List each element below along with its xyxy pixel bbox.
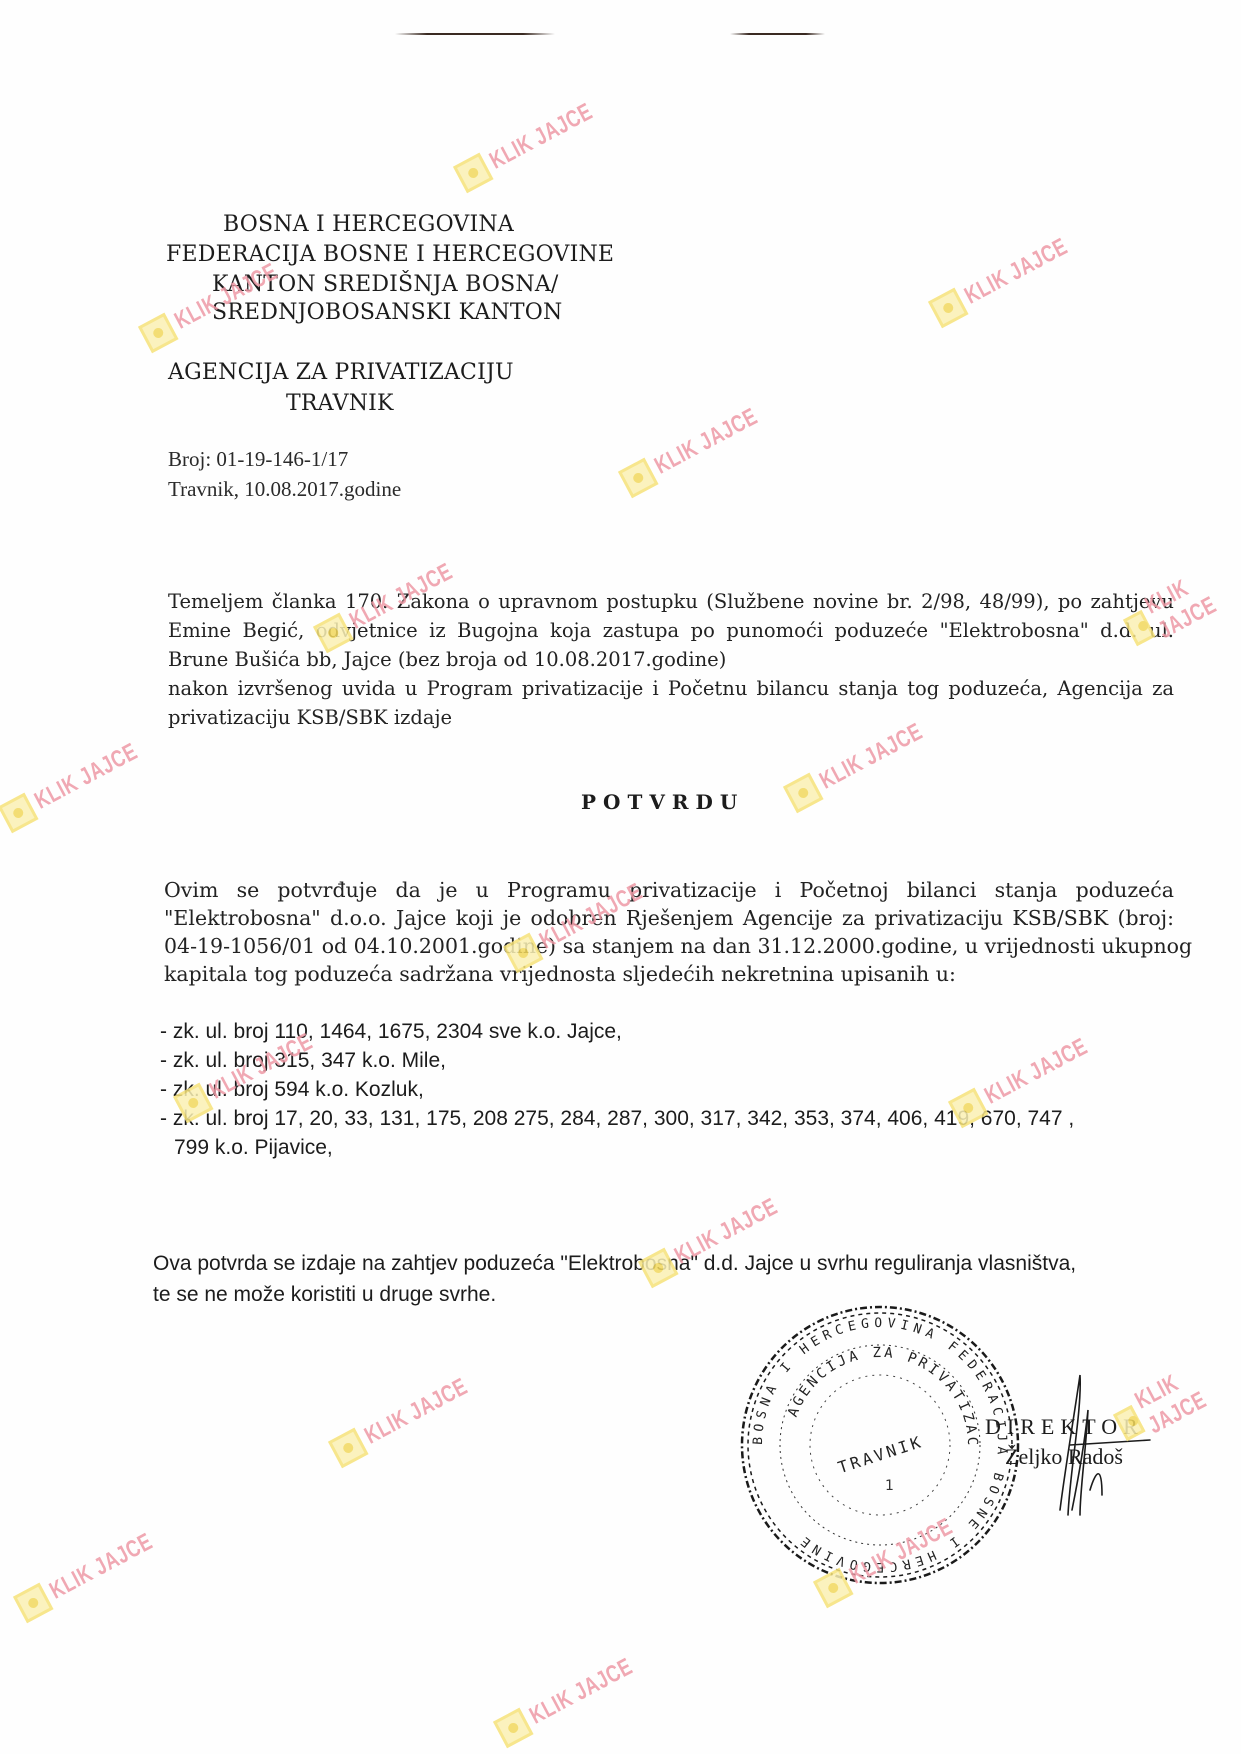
scan-artifact-line bbox=[730, 33, 825, 35]
stamp-number: 1 bbox=[885, 1478, 894, 1494]
confirmation-line: Ovim se potvrđuje da je u Programu priva… bbox=[164, 878, 1174, 902]
watermark: KLIK JAJCE bbox=[453, 79, 631, 193]
document-title: POTVRDU bbox=[581, 790, 744, 814]
camera-logo-icon bbox=[13, 1583, 54, 1624]
header-line-canton-alt: SREDNJOBOSANSKI KANTON bbox=[212, 300, 563, 325]
stamp-center-text: TRAVNIK bbox=[836, 1432, 926, 1477]
property-item: - zk. ul. broj 315, 347 k.o. Mile, bbox=[160, 1049, 1074, 1078]
camera-logo-icon bbox=[493, 1708, 534, 1749]
property-item: - zk. ul. broj 594 k.o. Kozluk, bbox=[160, 1078, 1074, 1107]
header-line-canton: KANTON SREDIŠNJA BOSNA/ bbox=[212, 272, 559, 297]
property-item-continuation: 799 k.o. Pijavice, bbox=[160, 1136, 1074, 1165]
watermark: KLIK JAJCE bbox=[493, 1634, 671, 1748]
document-place-date: Travnik, 10.08.2017.godine bbox=[168, 477, 401, 502]
camera-logo-icon bbox=[928, 288, 969, 329]
confirmation-paragraph: Ovim se potvrđuje da je u Programu priva… bbox=[164, 878, 1174, 986]
agency-name: AGENCIJA ZA PRIVATIZACIJU bbox=[168, 360, 514, 385]
property-item: - zk. ul. broj 17, 20, 33, 131, 175, 208… bbox=[160, 1107, 1074, 1136]
property-item: - zk. ul. broj 110, 1464, 1675, 2304 sve… bbox=[160, 1020, 1074, 1049]
intro-line: Emine Begić, odvjetnice iz Bugojna koja … bbox=[168, 619, 1174, 642]
closing-line: Ova potvrda se izdaje na zahtjev poduzeć… bbox=[153, 1252, 1076, 1276]
watermark: KLIK JAJCE bbox=[618, 384, 796, 498]
handwritten-signature-icon bbox=[1030, 1370, 1160, 1520]
camera-logo-icon bbox=[138, 313, 179, 354]
header-line-federation: FEDERACIJA BOSNE I HERCEGOVINE bbox=[166, 242, 614, 267]
document-page: BOSNA I HERCEGOVINA FEDERACIJA BOSNE I H… bbox=[0, 0, 1241, 1754]
scan-artifact-line bbox=[395, 33, 555, 35]
intro-line: privatizaciju KSB/SBK izdaje bbox=[168, 706, 1174, 729]
camera-logo-icon bbox=[0, 793, 39, 834]
document-number: Broj: 01-19-146-1/17 bbox=[168, 447, 348, 472]
watermark: KLIK JAJCE bbox=[0, 719, 176, 833]
confirmation-line: 04-19-1056/01 od 04.10.2001.godine) sa s… bbox=[164, 934, 1174, 958]
watermark: KLIK JAJCE bbox=[928, 214, 1106, 328]
confirmation-line: "Elektrobosna" d.o.o. Jajce koji je odob… bbox=[164, 906, 1174, 930]
confirmation-line: kapitala tog poduzeća sadržana vrijednos… bbox=[164, 962, 1174, 986]
camera-logo-icon bbox=[328, 1428, 369, 1469]
official-stamp-icon: BOSNA I HERCEGOVINA FEDERACIJA BOSNE I H… bbox=[735, 1300, 1025, 1590]
property-list: - zk. ul. broj 110, 1464, 1675, 2304 sve… bbox=[160, 1020, 1074, 1165]
camera-logo-icon bbox=[783, 773, 824, 814]
watermark: KLIK JAJCE bbox=[13, 1509, 191, 1623]
closing-line: te se ne može koristiti u druge svrhe. bbox=[153, 1283, 496, 1307]
intro-line: Temeljem članka 170. Zakona o upravnom p… bbox=[168, 590, 1174, 613]
header-line-country: BOSNA I HERCEGOVINA bbox=[223, 212, 514, 237]
agency-city: TRAVNIK bbox=[286, 391, 394, 416]
camera-logo-icon bbox=[618, 458, 659, 499]
camera-logo-icon bbox=[453, 153, 494, 194]
intro-line: Brune Bušića bb, Jajce (bez broja od 10.… bbox=[168, 648, 1174, 671]
intro-paragraph: Temeljem članka 170. Zakona o upravnom p… bbox=[168, 590, 1174, 729]
watermark: KLIK JAJCE bbox=[328, 1354, 506, 1468]
intro-line: nakon izvršenog uvida u Program privatiz… bbox=[168, 677, 1174, 700]
